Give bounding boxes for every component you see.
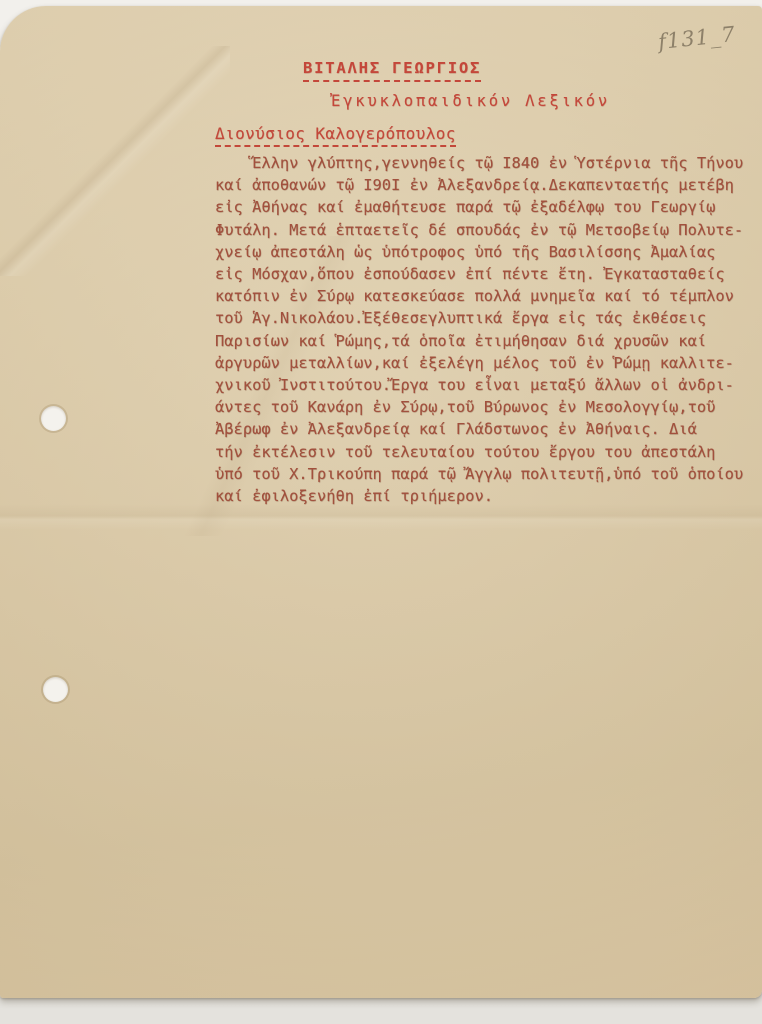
punch-hole-bottom	[43, 677, 68, 702]
paper-crease-topleft	[0, 46, 230, 276]
entry-body-text: Ἕλλην γλύπτης,γεννηθείς τῷ Ι840 ἐν Ὑστέρ…	[215, 152, 750, 507]
entry-heading: Διονύσιος Καλογερόπουλος	[215, 124, 456, 147]
paper-crease-middle	[0, 504, 762, 530]
scanned-document-background: f131_7 ΒΙΤΑΛΗΣ ΓΕΩΡΓΙΟΣ Ἐγκυκλοπαιδικόν …	[0, 0, 762, 1024]
document-subtitle: Ἐγκυκλοπαιδικόν Λεξικόν	[331, 92, 610, 110]
typewritten-page: f131_7 ΒΙΤΑΛΗΣ ΓΕΩΡΓΙΟΣ Ἐγκυκλοπαιδικόν …	[0, 6, 762, 998]
document-title: ΒΙΤΑΛΗΣ ΓΕΩΡΓΙΟΣ	[303, 59, 481, 82]
punch-hole-top	[41, 406, 66, 431]
archive-code-annotation: f131_7	[657, 22, 737, 54]
